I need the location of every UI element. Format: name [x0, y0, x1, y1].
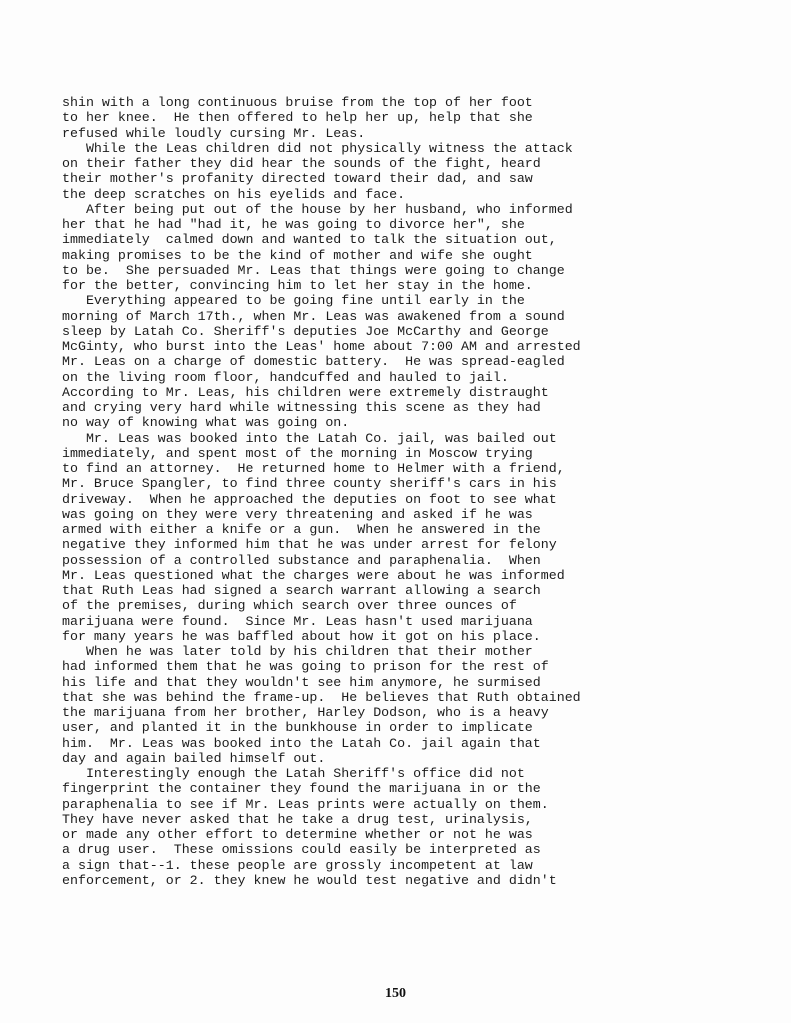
document-page: shin with a long continuous bruise from … [0, 0, 791, 1023]
text-line: for the better, convincing him to let he… [62, 278, 762, 293]
text-line: negative they informed him that he was u… [62, 537, 762, 552]
text-line: marijuana were found. Since Mr. Leas has… [62, 614, 762, 629]
text-line: of the premises, during which search ove… [62, 598, 762, 613]
text-line: their mother's profanity directed toward… [62, 171, 762, 186]
text-line: shin with a long continuous bruise from … [62, 95, 762, 110]
text-line: immediately, and spent most of the morni… [62, 446, 762, 461]
text-line: Mr. Bruce Spangler, to find three county… [62, 476, 762, 491]
text-line: had informed them that he was going to p… [62, 659, 762, 674]
text-line: According to Mr. Leas, his children were… [62, 385, 762, 400]
text-line: and crying very hard while witnessing th… [62, 400, 762, 415]
text-line: McGinty, who burst into the Leas' home a… [62, 339, 762, 354]
text-line: They have never asked that he take a dru… [62, 812, 762, 827]
text-line: user, and planted it in the bunkhouse in… [62, 720, 762, 735]
text-line: making promises to be the kind of mother… [62, 248, 762, 263]
text-line: When he was later told by his children t… [62, 644, 762, 659]
text-line: him. Mr. Leas was booked into the Latah … [62, 736, 762, 751]
text-line: a sign that--1. these people are grossly… [62, 858, 762, 873]
text-line: the deep scratches on his eyelids and fa… [62, 187, 762, 202]
page-number: 150 [0, 986, 791, 1002]
text-line: on the living room floor, handcuffed and… [62, 370, 762, 385]
text-line: Mr. Leas was booked into the Latah Co. j… [62, 431, 762, 446]
text-line: her that he had "had it, he was going to… [62, 217, 762, 232]
text-line: to find an attorney. He returned home to… [62, 461, 762, 476]
text-line: immediately calmed down and wanted to ta… [62, 232, 762, 247]
text-line: to be. She persuaded Mr. Leas that thing… [62, 263, 762, 278]
text-line: fingerprint the container they found the… [62, 781, 762, 796]
text-line: that Ruth Leas had signed a search warra… [62, 583, 762, 598]
text-line: possession of a controlled substance and… [62, 553, 762, 568]
text-line: paraphenalia to see if Mr. Leas prints w… [62, 797, 762, 812]
text-line: no way of knowing what was going on. [62, 415, 762, 430]
text-line: to her knee. He then offered to help her… [62, 110, 762, 125]
text-line: Everything appeared to be going fine unt… [62, 293, 762, 308]
text-line: the marijuana from her brother, Harley D… [62, 705, 762, 720]
text-line: his life and that they wouldn't see him … [62, 675, 762, 690]
text-line: enforcement, or 2. they knew he would te… [62, 873, 762, 888]
text-line: After being put out of the house by her … [62, 202, 762, 217]
text-line: driveway. When he approached the deputie… [62, 492, 762, 507]
body-text: shin with a long continuous bruise from … [62, 95, 762, 888]
text-line: Mr. Leas on a charge of domestic battery… [62, 354, 762, 369]
text-line: was going on they were very threatening … [62, 507, 762, 522]
text-line: for many years he was baffled about how … [62, 629, 762, 644]
text-line: While the Leas children did not physical… [62, 141, 762, 156]
text-line: Interestingly enough the Latah Sheriff's… [62, 766, 762, 781]
text-line: Mr. Leas questioned what the charges wer… [62, 568, 762, 583]
text-line: sleep by Latah Co. Sheriff's deputies Jo… [62, 324, 762, 339]
text-line: day and again bailed himself out. [62, 751, 762, 766]
text-line: a drug user. These omissions could easil… [62, 842, 762, 857]
text-line: that she was behind the frame-up. He bel… [62, 690, 762, 705]
text-line: refused while loudly cursing Mr. Leas. [62, 126, 762, 141]
text-line: armed with either a knife or a gun. When… [62, 522, 762, 537]
text-line: or made any other effort to determine wh… [62, 827, 762, 842]
text-line: on their father they did hear the sounds… [62, 156, 762, 171]
text-line: morning of March 17th., when Mr. Leas wa… [62, 309, 762, 324]
